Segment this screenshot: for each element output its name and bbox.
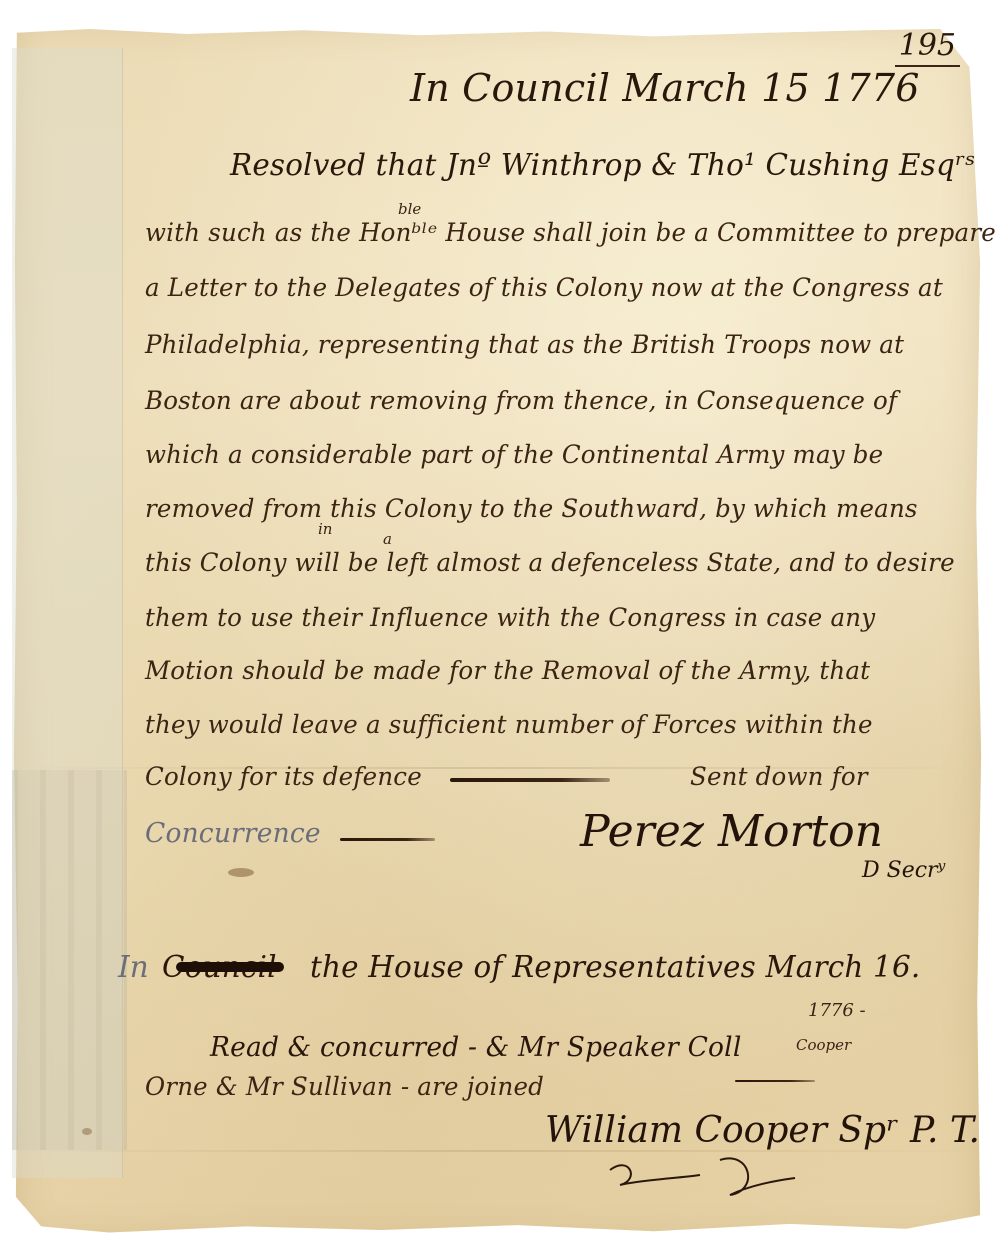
interlineation-in: in bbox=[318, 520, 332, 538]
endorsement-line-3: Orne & Mr Sullivan - are joined bbox=[145, 1072, 544, 1101]
resolution-line-2: with such as the Honᵇˡᵉ House shall join… bbox=[145, 218, 996, 247]
concurrence-flourish bbox=[340, 838, 435, 841]
mend-strip bbox=[12, 770, 127, 1150]
endorsement-dash bbox=[735, 1080, 815, 1082]
resolution-line-8: this Colony will be left almost a defenc… bbox=[145, 548, 955, 577]
resolution-line-7: removed from this Colony to the Southwar… bbox=[145, 494, 918, 523]
interlineation-a: a bbox=[383, 530, 392, 548]
resolution-line-1: Resolved that Jnº Winthrop & Tho¹ Cushin… bbox=[230, 148, 975, 183]
endorsement-year: 1776 - bbox=[808, 1000, 866, 1021]
resolution-line-9: them to use their Influence with the Con… bbox=[145, 603, 875, 632]
resolution-line-11: they would leave a sufficient number of … bbox=[145, 710, 873, 739]
interlineation-ble: ble bbox=[398, 200, 421, 218]
signature-flourish bbox=[600, 1150, 800, 1210]
resolution-line-12: Colony for its defence bbox=[145, 762, 422, 791]
resolution-line-3: a Letter to the Delegates of this Colony… bbox=[145, 273, 943, 302]
page-number: 195 bbox=[895, 28, 960, 67]
signature-william-cooper: William Cooper Spʳ P. T. bbox=[545, 1110, 980, 1151]
concurrence-note: Concurrence bbox=[145, 818, 321, 849]
endorsement-line-1: the House of Representatives March 16. bbox=[310, 950, 920, 985]
endorsement-prefix: In bbox=[118, 950, 149, 985]
flourish-line bbox=[450, 778, 610, 782]
resolution-line-5: Boston are about removing from thence, i… bbox=[145, 386, 897, 415]
ink-blot bbox=[228, 868, 254, 877]
resolution-line-4: Philadelphia, representing that as the B… bbox=[145, 330, 904, 359]
resolution-line-10: Motion should be made for the Removal of… bbox=[145, 656, 870, 685]
document-heading: In Council March 15 1776 bbox=[410, 66, 920, 110]
strike-through bbox=[176, 962, 284, 972]
sent-down-note: Sent down for bbox=[690, 762, 868, 791]
ink-spot bbox=[82, 1128, 92, 1135]
resolution-line-6: which a considerable part of the Contine… bbox=[145, 440, 883, 469]
interlineation-cooper: Cooper bbox=[796, 1036, 851, 1054]
signature-title-dep-secretary: D Secrʸ bbox=[862, 858, 945, 883]
signature-perez-morton: Perez Morton bbox=[580, 806, 883, 857]
endorsement-line-2: Read & concurred - & Mr Speaker Coll bbox=[210, 1032, 742, 1063]
